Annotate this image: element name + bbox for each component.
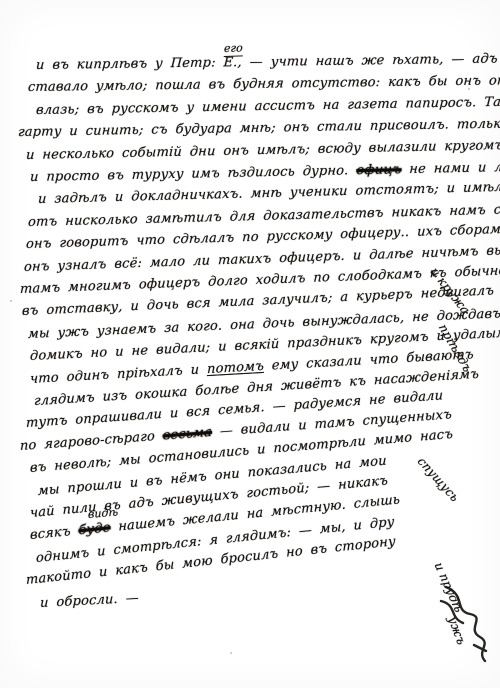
handwriting-text: гарту и синить; съ будуара мнѣ; онъ стал… bbox=[18, 116, 500, 140]
handwriting-strike: буде bbox=[78, 520, 110, 538]
ink-speck bbox=[10, 300, 12, 302]
interlinear-insertion: его bbox=[224, 41, 243, 57]
handwriting-strike: офицъ bbox=[356, 162, 402, 178]
manuscript-line: и задѣлъ и докладничкахъ. мнѣ ученики от… bbox=[38, 180, 500, 207]
manuscript-line: ставало умѣло; пошла въ будняя отсутство… bbox=[28, 72, 500, 95]
interlinear-insertion: видѣ bbox=[88, 505, 118, 521]
manuscript-page: и въ кипрлѣвъ у Петр: Е., — учти нашъ же… bbox=[0, 0, 500, 688]
manuscript-line: и въ кипрлѣвъ у Петр: Е., — учти нашъ же… bbox=[36, 49, 500, 73]
ink-speck bbox=[230, 652, 232, 654]
manuscript-line: гарту и синить; съ будуара мнѣ; онъ стал… bbox=[18, 116, 500, 140]
handwriting-underline: потомъ bbox=[207, 359, 264, 377]
handwriting-text: по ягарово-сѣраго bbox=[20, 428, 163, 454]
handwriting-text: и несколько событій дни онъ имѣлъ; всюду… bbox=[26, 137, 500, 163]
handwriting-text: и въ кипрлѣвъ у Петр: Е., — учти нашъ же… bbox=[36, 49, 500, 73]
handwriting-text: ставало умѣло; пошла въ будняя отсутство… bbox=[28, 72, 500, 95]
handwriting-text: и просто въ туруху имъ ѣздилось дурно. bbox=[30, 163, 357, 185]
handwriting-text: что одинъ пріѣхалъ и bbox=[30, 362, 207, 387]
handwriting-text: влазь; въ русскомъ у имени ассистъ на га… bbox=[36, 94, 500, 118]
handwriting-text: и обросли. — bbox=[40, 591, 139, 611]
handwriting-text: всякъ bbox=[30, 523, 79, 543]
margin-scribble: спущусь bbox=[414, 455, 462, 505]
handwriting-text: не нами и литамъ на зачѣмъ bbox=[401, 157, 500, 177]
manuscript-line: влазь; въ русскомъ у имени ассистъ на га… bbox=[36, 94, 500, 118]
manuscript-line: и обросли. — bbox=[40, 591, 139, 611]
handwriting-text: и задѣлъ и докладничкахъ. мнѣ ученики от… bbox=[38, 180, 500, 207]
handwriting-strike: весьма bbox=[163, 425, 212, 444]
manuscript-line: и несколько событій дни онъ имѣлъ; всюду… bbox=[26, 137, 500, 163]
